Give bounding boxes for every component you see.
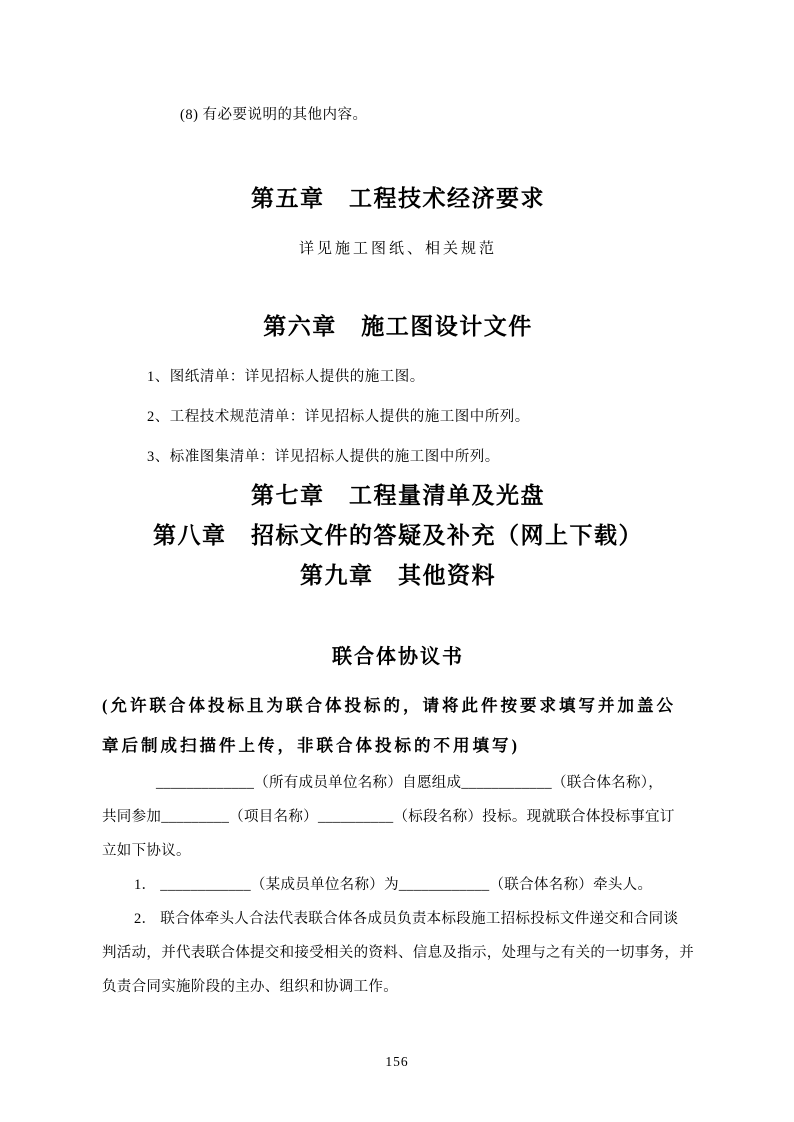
agreement-body-line-3: 立如下协议。 — [102, 834, 694, 868]
page-number: 156 — [0, 1054, 794, 1070]
agreement-item-1: 1． ____________（某成员单位名称）为____________（联合… — [102, 868, 694, 902]
document-page: (8) 有必要说明的其他内容。 第五章 工程技术经济要求 详见施工图纸、相关规范… — [0, 0, 794, 1122]
agreement-item-2: 2． 联合体牵头人合法代表联合体各成员负责本标段施工招标投标文件递交和合同谈 判… — [102, 902, 694, 1004]
agreement-body-line-1: _____________（所有成员单位名称）自愿组成____________（… — [102, 766, 694, 800]
chapter6-item-1: 1、图纸清单：详见招标人提供的施工图。 — [102, 367, 694, 388]
chapter5-note: 详见施工图纸、相关规范 — [102, 238, 694, 260]
agreement-instruction-line-1: (允许联合体投标且为联合体投标的，请将此件按要求填写并加盖公 — [102, 686, 694, 726]
agreement-item2-line-2: 判活动，并代表联合体提交和接受相关的资料、信息及指示，处理与之有关的一切事务，并 — [102, 936, 694, 970]
chapter9-title: 第九章 其他资料 — [102, 559, 694, 592]
chapter5-title: 第五章 工程技术经济要求 — [102, 182, 694, 215]
agreement-instruction: (允许联合体投标且为联合体投标的，请将此件按要求填写并加盖公 章后制成扫描件上传… — [102, 686, 694, 766]
chapter7-title: 第七章 工程量清单及光盘 — [102, 479, 694, 512]
chapter6-item-2: 2、工程技术规范清单：详见招标人提供的施工图中所列。 — [102, 407, 694, 428]
agreement-item2-line-3: 负责合同实施阶段的主办、组织和协调工作。 — [102, 970, 694, 1004]
intro-paragraph: (8) 有必要说明的其他内容。 — [102, 104, 694, 126]
agreement-item2-line-1: 2． 联合体牵头人合法代表联合体各成员负责本标段施工招标投标文件递交和合同谈 — [102, 902, 694, 936]
agreement-body-line-2: 共同参加_________（项目名称）__________（标段名称）投标。现就… — [102, 800, 694, 834]
chapter6-item-3: 3、标准图集清单：详见招标人提供的施工图中所列。 — [102, 447, 694, 468]
agreement-title: 联合体协议书 — [102, 644, 694, 671]
agreement-instruction-line-2: 章后制成扫描件上传，非联合体投标的不用填写) — [102, 726, 694, 766]
agreement-body-paragraph: _____________（所有成员单位名称）自愿组成____________（… — [102, 766, 694, 868]
chapter6-title: 第六章 施工图设计文件 — [102, 310, 694, 343]
chapter8-title: 第八章 招标文件的答疑及补充（网上下载） — [102, 519, 694, 552]
